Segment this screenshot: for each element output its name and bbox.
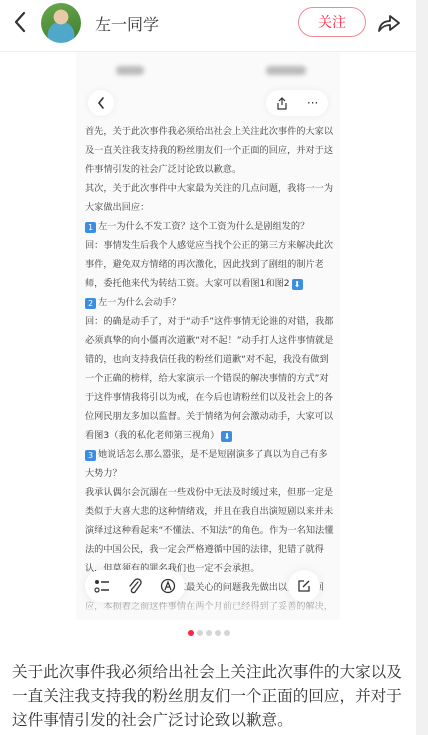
image-pager[interactable] xyxy=(188,630,230,636)
checklist-icon xyxy=(94,579,110,593)
note-text: 首先，关于此次事件我必须给出社会上关注此次事件的大家以及一直关注我支持我的粉丝朋… xyxy=(85,122,335,620)
pager-dot[interactable] xyxy=(206,630,212,636)
pen-circle-icon xyxy=(160,578,176,594)
share-arrow-icon xyxy=(376,10,402,36)
pager-dot-active[interactable] xyxy=(188,630,194,636)
top-bar: 左一同学 关注 xyxy=(0,0,416,46)
inner-bottom-toolbar xyxy=(85,570,185,602)
paperclip-icon xyxy=(128,578,142,594)
note-line: 回：的确是动手了，对于“动手”这件事情无论谁的对错，我都必须真挚的向小僵再次道歉… xyxy=(85,312,335,445)
share-button[interactable] xyxy=(376,10,402,36)
pager-dot[interactable] xyxy=(215,630,221,636)
inner-edit-button xyxy=(288,570,320,602)
note-line: 首先，关于此次事件我必须给出社会上关注此次事件的大家以及一直关注我支持我的粉丝朋… xyxy=(85,122,335,179)
edit-square-icon xyxy=(297,579,311,593)
note-caption: 关于此次事件我必须给出社会上关注此次事件的大家以及一直关注我支持我的粉丝朋友们一… xyxy=(12,660,412,732)
number-badge-icon: 1 xyxy=(85,222,96,233)
down-arrow-icon: ⬇ xyxy=(221,431,232,442)
more-icon: ··· xyxy=(307,96,318,110)
pager-dot[interactable] xyxy=(197,630,203,636)
follow-button[interactable]: 关注 xyxy=(298,7,366,37)
pager-dot[interactable] xyxy=(224,630,230,636)
inner-actions: ··· xyxy=(266,90,328,116)
author-name[interactable]: 左一同学 xyxy=(95,12,159,35)
status-time-blur xyxy=(116,66,144,75)
share-upload-icon xyxy=(276,97,288,110)
number-badge-icon: 2 xyxy=(85,298,96,309)
note-line: 1左一为什么不发工资？这个工资为什么是剧组发的？ xyxy=(85,217,335,236)
chevron-left-icon xyxy=(97,97,105,109)
note-line: 回：事情发生后我个人感觉应当找个公正的第三方来解决此次事件，避免双方情绪的再次激… xyxy=(85,236,335,293)
scrollbar-track[interactable] xyxy=(416,0,428,735)
note-line: 2左一为什么会动手？ xyxy=(85,293,335,312)
note-image[interactable]: ··· 首先，关于此次事件我必须给出社会上关注此次事件的大家以及一直关注我支持我… xyxy=(76,52,340,620)
chevron-left-icon xyxy=(13,11,27,33)
inner-back-button xyxy=(88,90,114,116)
back-button[interactable] xyxy=(8,9,32,35)
note-line: 其次，关于此次事件中大家最为关注的几点问题，我将一一为大家做出回应： xyxy=(85,179,335,217)
number-badge-icon: 3 xyxy=(85,450,96,461)
down-arrow-icon: ⬇ xyxy=(292,279,303,290)
note-line: 3她说话怎么那么嚣张，是不是短剧演多了真以为自己有多大势力？ xyxy=(85,445,335,483)
note-line: 我承认偶尔会沉溺在一些戏份中无法及时缓过来，但那一定是类似于大喜大悲的这种情绪戏… xyxy=(85,483,335,578)
avatar[interactable] xyxy=(41,3,81,43)
status-icons-blur xyxy=(266,66,306,75)
